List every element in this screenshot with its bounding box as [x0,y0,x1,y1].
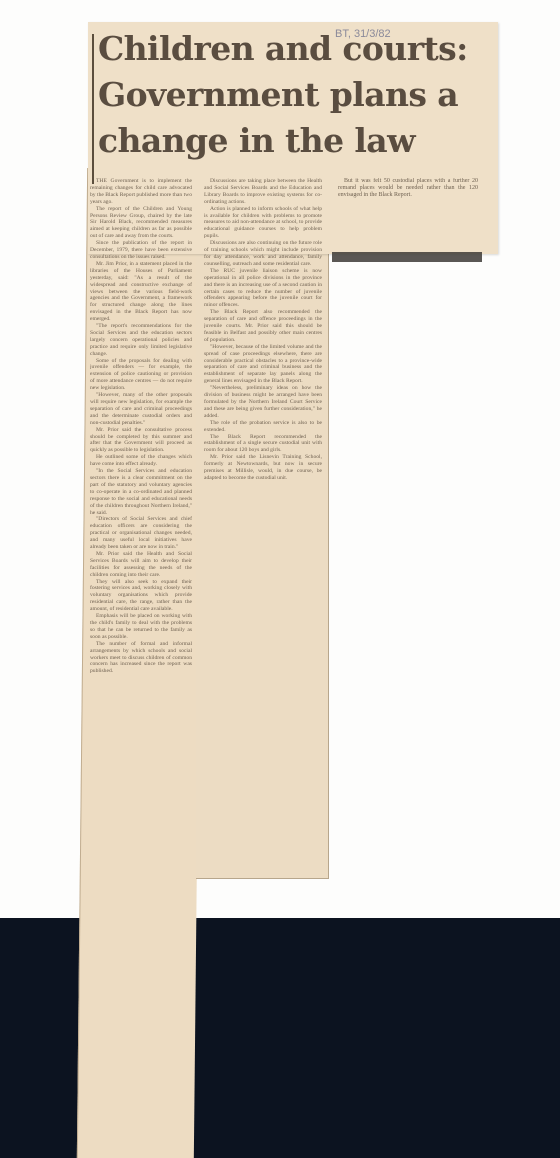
article-paragraph: "However, because of the limited volume … [204,344,322,385]
headline-line-3: change in the law [98,118,488,164]
article-paragraph: He outlined some of the changes which ha… [90,454,192,468]
article-paragraph: Discussions are also continuing on the f… [204,240,322,268]
article-paragraph: Discussions are taking place between the… [204,178,322,206]
article-paragraph: The Black Report also recommended the se… [204,309,322,344]
article-paragraph: The Black Report recommended the establi… [204,434,322,455]
article-paragraph: "The report's recommendations for the So… [90,323,192,358]
headline-line-1: Children and courts: [98,26,488,72]
article-paragraph: "Nevertheless, preliminary ideas on how … [204,385,322,420]
article-paragraph: "In the Social Services and education se… [90,468,192,516]
headline-line-2: Government plans a [98,72,488,118]
article-paragraph: Mr. Prior said the Lisnevin Training Sch… [204,454,322,482]
headline: Children and courts: Government plans a … [98,26,488,164]
article-paragraph: "However, many of the other proposals wi… [90,392,192,427]
article-paragraph: The report of the Children and Young Per… [90,206,192,241]
article-paragraph: But it was felt 50 custodial places with… [338,178,478,200]
article-paragraph: Since the publication of the report in D… [90,240,192,261]
article-paragraph: Mr. Prior said the Health and Social Ser… [90,551,192,579]
article-paragraph: The RUC juvenile liaison scheme is now o… [204,268,322,309]
article-paragraph: Mr. Prior said the consultative process … [90,427,192,455]
article-paragraph: Mr. Jim Prior, in a statement placed in … [90,261,192,323]
article-paragraph: Action is planned to inform schools of w… [204,206,322,241]
headline-left-rule [92,34,94,184]
article-column-1: THE Government is to implement the remai… [90,178,192,1158]
handwritten-date-annotation: BT, 31/3/82 [335,28,391,40]
article-paragraph: Some of the proposals for dealing with j… [90,358,192,393]
article-paragraph: They will also seek to expand their fost… [90,579,192,614]
article-paragraph: "Directors of Social Services and chief … [90,516,192,551]
article-paragraph: The role of the probation service is als… [204,420,322,434]
article-column-3: But it was felt 50 custodial places with… [338,178,478,248]
article-column-2: Discussions are taking place between the… [204,178,322,870]
article-paragraph: Emphasis will be placed on working with … [90,613,192,641]
article-paragraph: The number of formal and informal arrang… [90,641,192,676]
article-paragraph: THE Government is to implement the remai… [90,178,192,206]
right-column-bottom-rule [332,252,482,262]
